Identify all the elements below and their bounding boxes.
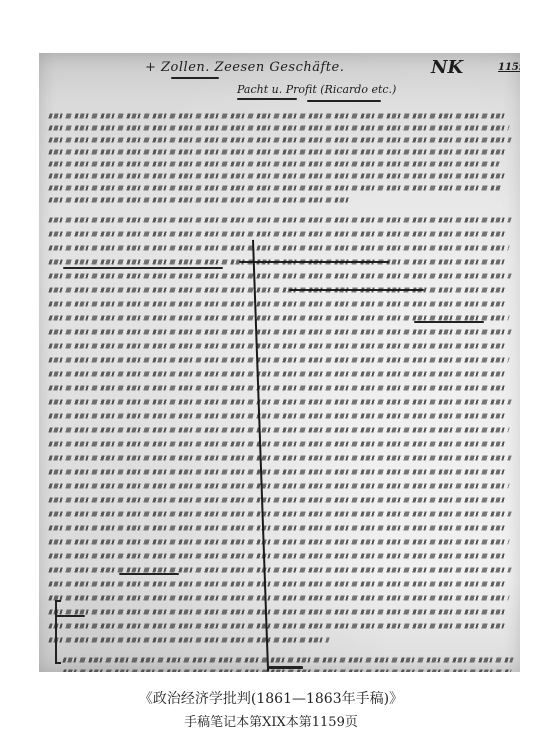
handwritten-line [47,397,512,407]
handwritten-line [47,183,502,193]
handwritten-line [47,551,508,561]
handwritten-line [47,243,510,253]
handwritten-line [47,135,512,145]
handwritten-line [47,355,510,365]
handwritten-line [47,383,508,393]
handwritten-line [47,467,505,477]
handwritten-line [47,453,512,463]
handwritten-line [47,215,512,225]
caption-title: 《政治经济学批判(1861—1863年手稿)》 [0,688,542,708]
handwritten-line [47,635,330,645]
manuscript-initials: NK [431,57,463,78]
handwritten-line [47,147,508,157]
handwritten-line [47,425,510,435]
handwritten-line [47,495,508,505]
handwritten-line [47,111,505,121]
handwritten-line [47,257,505,267]
handwritten-line [47,607,508,617]
marginal-bracket [55,600,61,664]
handwritten-line [47,123,510,133]
handwritten-line [47,481,510,491]
manuscript-page-number: 1159 [498,62,520,73]
handwritten-line [47,565,512,575]
strike-line-base [267,666,303,669]
manuscript-heading-line-2: Pacht u. Profit (Ricardo etc.) [237,83,396,96]
handwritten-line [61,655,514,665]
heading-underline [237,98,297,100]
handwritten-line [47,411,505,421]
handwritten-line [47,579,505,589]
handwritten-line [47,271,512,281]
handwritten-line [47,313,510,323]
handwritten-line [47,537,510,547]
handwritten-line [47,369,505,379]
handwritten-line [47,171,505,181]
handwritten-line [47,439,508,449]
handwritten-line [47,299,505,309]
heading-underline [171,77,219,79]
handwritten-line [47,621,505,631]
handwritten-line [47,195,350,205]
handwritten-line [47,593,510,603]
handwritten-line [47,285,508,295]
handwritten-line [47,159,500,169]
manuscript-page: + Zollen. Zeesen Geschäfte. Pacht u. Pro… [39,53,520,672]
handwritten-line [47,523,505,533]
handwritten-line [47,341,505,351]
heading-underline [307,100,381,102]
manuscript-heading-line-1: + Zollen. Zeesen Geschäfte. [145,60,344,75]
caption-subtitle: 手稿笔记本第XIX本第1159页 [0,711,542,730]
handwritten-text-block [49,111,514,671]
handwritten-line [47,327,512,337]
handwritten-line [47,509,512,519]
handwritten-line [47,229,508,239]
text-underline [63,267,223,269]
